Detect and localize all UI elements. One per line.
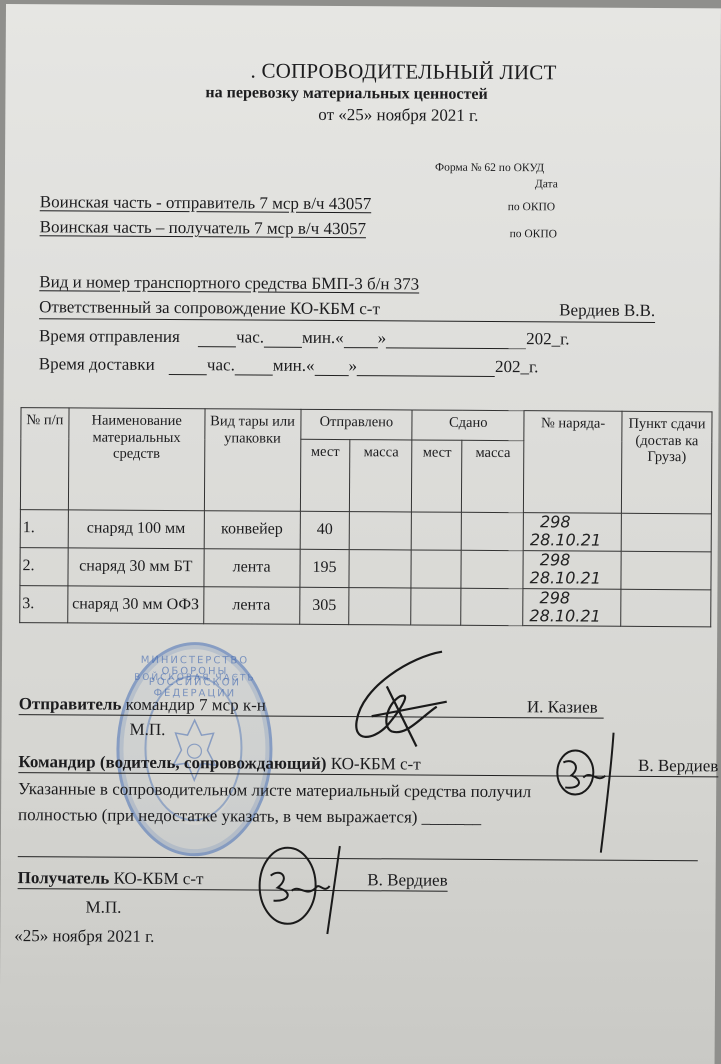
- okpo-receiver: по ОКПО: [510, 228, 557, 240]
- delivery-day-field[interactable]: [314, 359, 348, 376]
- departure-hours-field[interactable]: [198, 330, 236, 347]
- received-statement-1: Указанные в сопроводительном листе матер…: [18, 779, 531, 802]
- row-order: 29828.10.21: [523, 550, 621, 588]
- row-sent-mass: [349, 549, 411, 587]
- departure-row: Время отправления час.мин.«»202_г.: [39, 326, 570, 349]
- receiver-signature-icon: [255, 846, 356, 937]
- mp-mark-2: М.П.: [85, 898, 121, 918]
- header-sent-mass: масса: [350, 440, 412, 512]
- year-label: 202_г.: [526, 329, 569, 348]
- header-package: Вид тары или упаковки: [204, 409, 300, 512]
- sender-signature-row: Отправитель командир 7 мср к-н И. Казиев: [19, 694, 604, 719]
- header-name: Наименование материальных средств: [68, 408, 204, 511]
- commander-label: Командир (водитель, сопровождающий): [18, 752, 326, 773]
- responsible-row: Ответственный за сопровождение КО-КБМ с-…: [39, 297, 655, 323]
- row-package: лента: [203, 586, 299, 624]
- stamp-inner-text: ВОЙСКОВАЯ ЧАСТЬ: [120, 673, 270, 684]
- quote-close: »: [378, 328, 387, 347]
- eagle-emblem-icon: [167, 715, 221, 785]
- minutes-label: мин.«: [273, 356, 315, 375]
- row-number: 3.: [20, 585, 68, 623]
- delivery-row: Время доставки час.мин.«»202_г.: [39, 354, 539, 377]
- okpo-sender: по ОКПО: [508, 201, 555, 213]
- header-deliv-mass: масса: [462, 440, 524, 512]
- row-deliv-places: [412, 512, 462, 550]
- row-sent-mass: [349, 587, 411, 625]
- responsible-name: Вердиев В.В.: [559, 300, 655, 321]
- materials-table: № п/п Наименование материальных средств …: [19, 407, 712, 628]
- order-date: 28.10.21: [530, 569, 619, 588]
- order-date: 28.10.21: [529, 607, 618, 626]
- receiver-label: Получатель: [18, 868, 110, 888]
- document-title: . СОПРОВОДИТЕЛЬНЫЙ ЛИСТ: [251, 58, 557, 85]
- year-label: 202_г.: [495, 357, 538, 376]
- commander-signature-icon: [553, 727, 634, 857]
- row-point: [621, 551, 711, 589]
- row-name: снаряд 100 мм: [68, 510, 204, 549]
- row-package: лента: [204, 549, 300, 587]
- header-delivered: Сдано: [412, 410, 524, 441]
- sender-signature-icon: [341, 646, 462, 767]
- row-point: [621, 513, 711, 551]
- order-number: 298: [530, 513, 619, 532]
- delivery-label: Время доставки: [39, 354, 155, 374]
- header-sent-places: мест: [300, 439, 350, 511]
- receiver-unit: Воинская часть – получатель 7 мср в/ч 43…: [40, 217, 366, 239]
- header-point: Пункт сдачи (достав ка Груза): [622, 411, 713, 514]
- row-deliv-mass: [461, 588, 523, 626]
- received-statement-2: полностью (при недостатке указать, в чем…: [18, 805, 481, 828]
- header-deliv-places: мест: [412, 440, 462, 512]
- hours-label: час.: [207, 355, 235, 374]
- mp-mark-1: М.П.: [130, 720, 166, 740]
- header-order: № наряда-: [524, 411, 623, 514]
- row-number: 1.: [20, 510, 68, 548]
- minutes-label: мин.«: [302, 328, 344, 347]
- commander-name: В. Вердиев: [638, 756, 718, 776]
- table-row: 3.снаряд 30 мм ОФЗлента30529828.10.21: [20, 585, 711, 627]
- receiver-name: В. Вердиев: [367, 870, 447, 890]
- row-sent-places: 195: [299, 549, 349, 587]
- row-name: снаряд 30 мм БТ: [68, 548, 204, 587]
- final-date: «25» ноября 2021 г.: [14, 926, 154, 947]
- hours-label: час.: [236, 327, 264, 346]
- row-deliv-places: [411, 588, 461, 626]
- row-deliv-mass: [461, 550, 523, 588]
- table-row: 2.снаряд 30 мм БТлента19529828.10.21: [20, 547, 711, 589]
- receiver-signature-row: Получатель КО-КБМ с-т В. Вердиев: [18, 868, 448, 892]
- departure-day-field[interactable]: [344, 331, 378, 348]
- departure-month-field[interactable]: [386, 331, 526, 349]
- delivery-month-field[interactable]: [357, 359, 495, 377]
- header-num: № п/п: [20, 408, 68, 510]
- row-deliv-mass: [461, 512, 523, 550]
- departure-label: Время отправления: [39, 326, 180, 346]
- receiver-role: КО-КБМ с-т: [113, 869, 203, 889]
- row-sent-mass: [350, 512, 412, 550]
- sender-role: командир 7 мср к-н: [126, 695, 266, 715]
- table-row: 1.снаряд 100 ммконвейер4029828.10.21: [20, 510, 711, 552]
- sender-name: И. Казиев: [527, 697, 598, 717]
- row-order: 29828.10.21: [523, 588, 621, 626]
- sender-label: Отправитель: [19, 694, 122, 714]
- document-subtitle: на перевозку материальных ценностей: [205, 84, 487, 104]
- delivery-minutes-field[interactable]: [235, 358, 273, 375]
- order-number: 298: [530, 589, 619, 608]
- quote-close: »: [348, 356, 357, 375]
- row-deliv-places: [411, 550, 461, 588]
- form-number: Форма № 62 по ОКУД: [435, 162, 544, 175]
- document-sheet: . СОПРОВОДИТЕЛЬНЫЙ ЛИСТ на перевозку мат…: [0, 4, 721, 1064]
- departure-minutes-field[interactable]: [264, 331, 302, 348]
- header-sent: Отправлено: [300, 409, 412, 440]
- delivery-hours-field[interactable]: [169, 358, 207, 375]
- vehicle-info: Вид и номер транспортного средства БМП-3…: [39, 272, 419, 294]
- row-number: 2.: [20, 547, 68, 585]
- row-package: конвейер: [204, 511, 300, 549]
- order-date: 28.10.21: [530, 532, 619, 551]
- row-sent-places: 305: [299, 587, 349, 625]
- document-date: от «25» ноября 2021 г.: [318, 105, 478, 126]
- responsible-label: Ответственный за сопровождение КО-КБМ с-…: [39, 297, 380, 318]
- date-label: Дата: [535, 178, 558, 190]
- row-point: [621, 589, 711, 627]
- row-name: снаряд 30 мм ОФЗ: [68, 585, 204, 624]
- order-number: 298: [530, 551, 619, 570]
- sender-unit: Воинская часть - отправитель 7 мср в/ч 4…: [40, 192, 372, 214]
- row-sent-places: 40: [300, 511, 350, 549]
- row-order: 29828.10.21: [523, 513, 621, 551]
